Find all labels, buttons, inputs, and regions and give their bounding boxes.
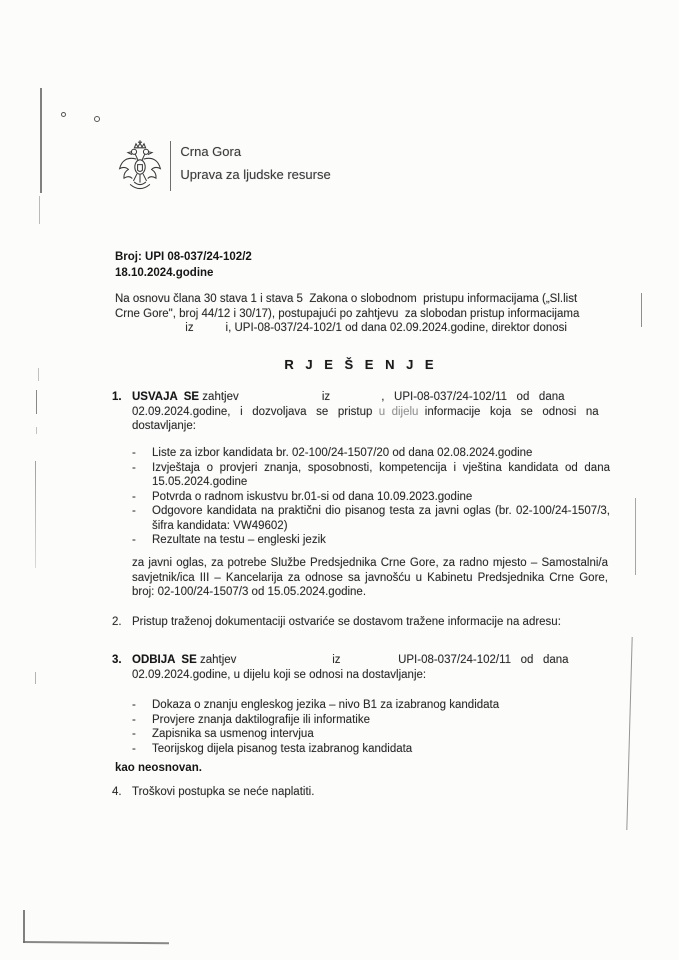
document-number: Broj: UPI 08-037/24-102/2 bbox=[115, 249, 252, 265]
item1-line3: dostavljanje: bbox=[132, 419, 608, 434]
decision-item-4: 4. Troškovi postupka se neće naplatiti. bbox=[112, 785, 608, 800]
bullet-dash: - bbox=[132, 446, 152, 461]
org-name: Uprava za ljudske resurse bbox=[180, 163, 330, 186]
bullet-dash: - bbox=[132, 698, 152, 713]
bullet-dash: - bbox=[132, 727, 152, 742]
item-number: 4. bbox=[112, 785, 132, 800]
country-name: Crna Gora bbox=[180, 140, 330, 163]
intro-line: Na osnovu člana 30 stava 1 i stava 5 Zak… bbox=[115, 292, 620, 307]
list-item: -Izvještaja o provjeri znanja, sposobnos… bbox=[132, 461, 610, 490]
list-item-text: Teorijskog dijela pisanog testa izabrano… bbox=[152, 742, 610, 757]
scan-artifact-speck bbox=[61, 112, 66, 117]
bullet-dash: - bbox=[132, 504, 152, 533]
scan-artifact-bottom-line bbox=[23, 941, 169, 944]
bullet-dash: - bbox=[132, 533, 152, 548]
letterhead-divider bbox=[170, 141, 171, 191]
list-item: -Teorijskog dijela pisanog testa izabran… bbox=[132, 742, 610, 757]
document-title: R J E Š E N J E bbox=[115, 357, 607, 372]
list-item: -Provjere znanja daktilografije ili info… bbox=[132, 713, 610, 728]
vacancy-description-paragraph: za javni oglas, za potrebe Službe Predsj… bbox=[132, 556, 608, 600]
list-item-text: Liste za izbor kandidata br. 02-100/24-1… bbox=[152, 446, 610, 461]
item3-line2: 02.09.2024.godine, u dijelu koji se odno… bbox=[132, 668, 608, 683]
decision-item-1: 1. USVAJA SE zahtjev iz , UPI-08-037/24-… bbox=[112, 390, 608, 434]
item3-line1-rest: zahtjev iz UPI-08-037/24-102/11 od dana bbox=[197, 654, 569, 666]
item-number: 1. bbox=[112, 390, 132, 434]
item1-keyword: USVAJA SE bbox=[132, 391, 199, 403]
scan-artifact-right-line bbox=[626, 637, 633, 830]
decision-item-3: 3. ODBIJA SE zahtjev iz UPI-08-037/24-10… bbox=[112, 653, 608, 682]
item1-line2-a: 02.09.2024.godine, i dozvoljava se prist… bbox=[132, 406, 372, 418]
list-item: -Dokaza o znanju engleskog jezika – nivo… bbox=[132, 698, 610, 713]
list-item: -Liste za izbor kandidata br. 02-100/24-… bbox=[132, 446, 610, 461]
item3-keyword: ODBIJA SE bbox=[132, 654, 197, 666]
granted-documents-list: -Liste za izbor kandidata br. 02-100/24-… bbox=[132, 446, 610, 548]
list-item-text: Odgovore kandidata na praktični dio pisa… bbox=[152, 504, 610, 533]
list-item: -Potvrda o radnom iskustvu br.01-si od d… bbox=[132, 490, 610, 505]
scan-artifact-speck bbox=[94, 116, 100, 122]
list-item-text: Provjere znanja daktilografije ili infor… bbox=[152, 713, 610, 728]
decision-item-2: 2. Pristup traženoj dokumentaciji ostvar… bbox=[112, 615, 608, 630]
scan-artifact-right-line bbox=[641, 293, 642, 327]
item1-line2: 02.09.2024.godine, i dozvoljava se prist… bbox=[132, 405, 608, 420]
scan-artifact-left-line bbox=[36, 390, 37, 414]
list-item-text: Zapisnika sa usmenog intervjua bbox=[152, 727, 610, 742]
scan-artifact-left-line bbox=[35, 461, 36, 568]
bullet-dash: - bbox=[132, 461, 152, 490]
item2-text: Pristup traženoj dokumentaciji ostvariće… bbox=[132, 615, 608, 630]
document-date: 18.10.2024.godine bbox=[115, 265, 252, 281]
list-item-text: Potvrda o radnom iskustvu br.01-si od da… bbox=[152, 490, 610, 505]
bullet-dash: - bbox=[132, 742, 152, 757]
list-item-text: Rezultate na testu – engleski jezik bbox=[152, 533, 610, 548]
item1-line1: USVAJA SE zahtjev iz , UPI-08-037/24-102… bbox=[132, 390, 608, 405]
scan-artifact-left-line bbox=[36, 427, 37, 434]
intro-paragraph: Na osnovu člana 30 stava 1 i stava 5 Zak… bbox=[115, 292, 620, 336]
unfounded-statement: kao neosnovan. bbox=[115, 762, 202, 774]
intro-line: iz i, UPI-08-037/24-102/1 od dana 02.09.… bbox=[115, 321, 620, 336]
document-meta: Broj: UPI 08-037/24-102/2 18.10.2024.god… bbox=[115, 249, 252, 281]
list-item-text: Dokaza o znanju engleskog jezika – nivo … bbox=[152, 698, 610, 713]
item1-line2-c: informacije koja se odnosi na bbox=[418, 406, 598, 418]
list-item: -Zapisnika sa usmenog intervjua bbox=[132, 727, 610, 742]
denied-documents-list: -Dokaza o znanju engleskog jezika – nivo… bbox=[132, 698, 610, 756]
item1-line2-faded: u dijelu bbox=[372, 406, 418, 418]
scan-artifact-corner-line bbox=[23, 910, 25, 943]
letterhead: Crna Gora Uprava za ljudske resurse bbox=[116, 138, 331, 196]
montenegro-coat-of-arms-icon bbox=[116, 138, 164, 196]
scan-artifact-left-line bbox=[35, 672, 36, 684]
scanned-document-page: Crna Gora Uprava za ljudske resurse Broj… bbox=[0, 0, 679, 960]
bullet-dash: - bbox=[132, 490, 152, 505]
item3-line1: ODBIJA SE zahtjev iz UPI-08-037/24-102/1… bbox=[132, 653, 608, 668]
scan-artifact-left-line bbox=[40, 88, 42, 193]
scan-artifact-right-line bbox=[635, 498, 636, 575]
scan-artifact-left-line bbox=[38, 368, 39, 381]
scan-artifact-left-line bbox=[39, 196, 40, 224]
list-item-text: Izvještaja o provjeri znanja, sposobnost… bbox=[152, 461, 610, 490]
item-number: 3. bbox=[112, 653, 132, 682]
item-number: 2. bbox=[112, 615, 132, 630]
intro-line: Crne Gore", broj 44/12 i 30/17), postupa… bbox=[115, 307, 620, 322]
list-item: -Odgovore kandidata na praktični dio pis… bbox=[132, 504, 610, 533]
bullet-dash: - bbox=[132, 713, 152, 728]
item4-text: Troškovi postupka se neće naplatiti. bbox=[132, 785, 608, 800]
list-item: -Rezultate na testu – engleski jezik bbox=[132, 533, 610, 548]
item1-line1-rest: zahtjev iz , UPI-08-037/24-102/11 od dan… bbox=[199, 391, 564, 403]
